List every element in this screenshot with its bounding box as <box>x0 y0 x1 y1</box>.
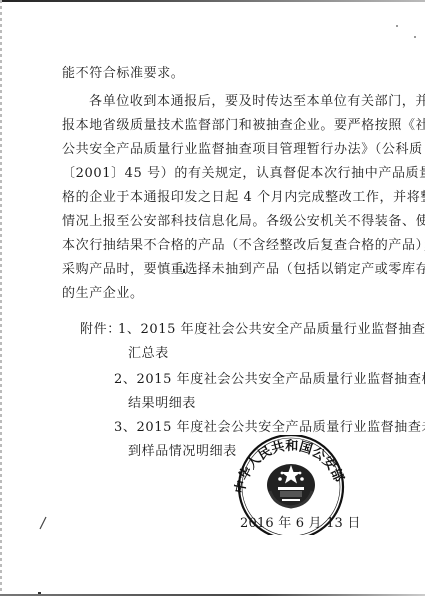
scan-speck <box>396 25 398 27</box>
scan-speck <box>183 269 185 273</box>
body-line: 本次行抽结果不合格的产品（不含经整改后复查合格的产品）；在 <box>62 238 425 254</box>
attachment-item-2-cont: 结果明细表 <box>128 396 196 412</box>
body-line: 公共安全产品质量行业监督抽查项目管理暂行办法》（公科质 <box>62 142 423 158</box>
pen-mark-icon <box>38 516 48 530</box>
body-line: 情况上报至公安部科技信息化局。各级公安机关不得装备、使用 <box>62 214 425 230</box>
body-line: 格的企业于本通报印发之日起 4 个月内完成整改工作，并将整改 <box>62 190 425 206</box>
body-line: 报本地省级质量技术监督部门和被抽查企业。要严格按照《社会 <box>62 118 425 134</box>
scan-speck <box>38 592 41 594</box>
body-line: 采购产品时，要慎重选择未抽到产品（包括以销定产或零库存） <box>62 262 425 278</box>
attachment-item-3: 3、2015 年度社会公共安全产品质量行业监督抽查未抽 <box>114 420 425 436</box>
attachment-item-2: 2、2015 年度社会公共安全产品质量行业监督抽查检验 <box>114 372 425 388</box>
attachment-item-3-cont: 到样品情况明细表 <box>128 444 237 460</box>
body-line: 各单位收到本通报后，要及时传达至本单位有关部门，并通 <box>89 94 425 110</box>
attachments-label: 附件： <box>80 322 121 338</box>
document-page: 能不符合标准要求。 各单位收到本通报后，要及时传达至本单位有关部门，并通 报本地… <box>0 0 425 596</box>
scan-speck <box>414 36 416 38</box>
paragraph-tail: 能不符合标准要求。 <box>62 66 184 82</box>
body-line: 〔2001〕45 号）的有关规定，认真督促本次行抽中产品质量不合 <box>62 166 425 182</box>
body-line: 的生产企业。 <box>62 286 144 302</box>
attachment-item-1: 1、2015 年度社会公共安全产品质量行业监督抽查结果 <box>118 322 425 338</box>
document-date: 2016 年 6 月 13 日 <box>240 512 361 531</box>
attachment-item-1-cont: 汇总表 <box>128 346 169 362</box>
